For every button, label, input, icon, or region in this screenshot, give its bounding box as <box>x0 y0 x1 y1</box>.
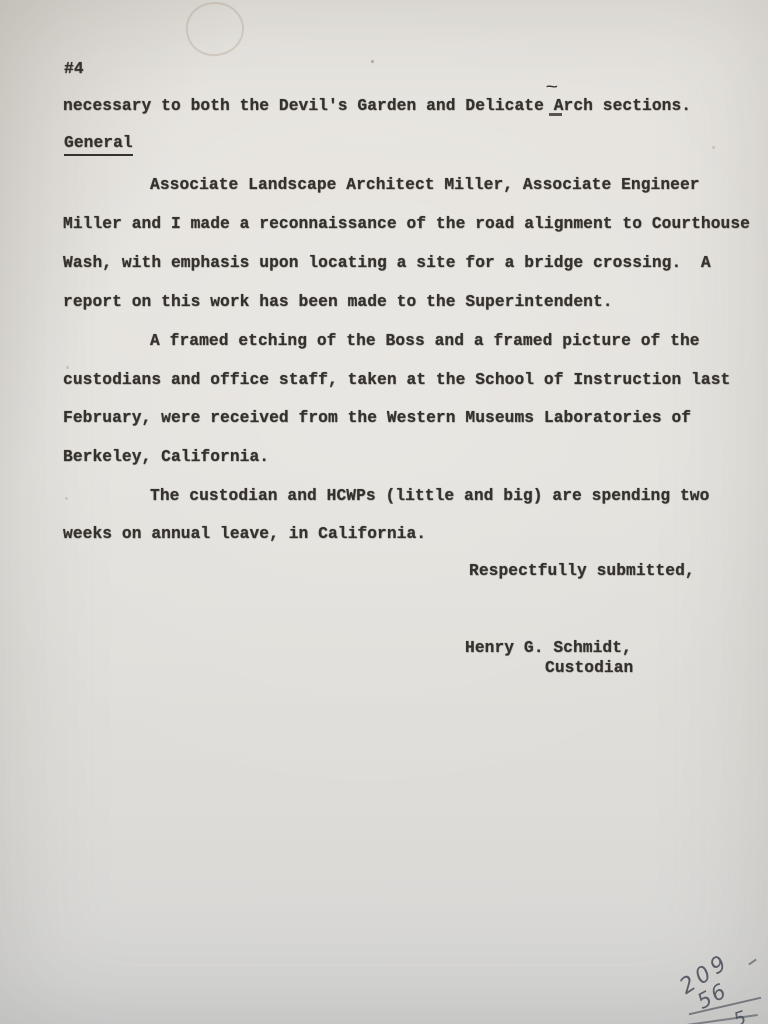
closing-line: Respectfully submitted, <box>469 562 695 580</box>
paragraph1-line2: Miller and I made a reconnaissance of th… <box>63 215 750 233</box>
paper-speck <box>66 366 69 369</box>
paragraph3-line2: weeks on annual leave, in California. <box>63 525 426 543</box>
section-heading: General <box>64 134 133 156</box>
paragraph2-line3: February, were received from the Western… <box>63 409 691 427</box>
intro-line: necessary to both the Devil's Garden and… <box>63 97 691 115</box>
scanned-document-page: #4 necessary to both the Devil's Garden … <box>0 0 768 1024</box>
pencil-tick-mark <box>748 959 757 966</box>
paragraph2-line4: Berkeley, California. <box>63 448 269 466</box>
paragraph1-line4: report on this work has been made to the… <box>63 293 613 311</box>
paper-speck <box>712 146 715 149</box>
signature-name: Henry G. Schmidt, <box>465 639 632 657</box>
paragraph1-line3: Wash, with emphasis upon locating a site… <box>63 254 711 272</box>
page-number: #4 <box>64 60 84 78</box>
paragraph3-line1: The custodian and HCWPs (little and big)… <box>150 487 709 505</box>
paper-speck <box>65 497 68 500</box>
signature-title: Custodian <box>545 659 633 677</box>
correction-mark: ~ <box>546 80 559 95</box>
paper-speck <box>371 60 374 63</box>
ring-stain <box>182 0 248 61</box>
paragraph1-line1: Associate Landscape Architect Miller, As… <box>150 176 700 194</box>
correction-dash <box>549 113 562 116</box>
paragraph2-line2: custodians and office staff, taken at th… <box>63 371 730 389</box>
paragraph2-line1: A framed etching of the Boss and a frame… <box>150 332 700 350</box>
